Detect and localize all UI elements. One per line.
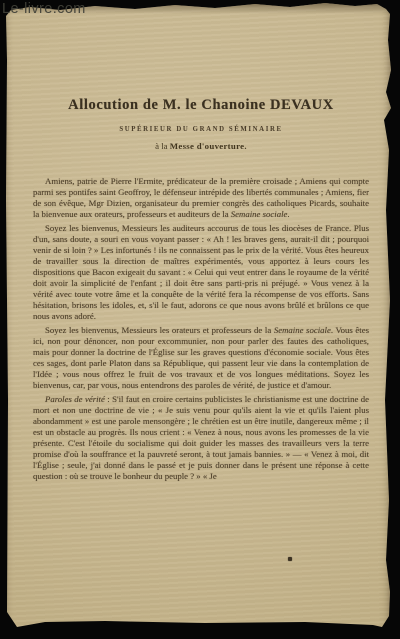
page-title: Allocution de M. le Chanoine DEVAUX — [33, 97, 369, 114]
paragraph-1-italic: Semaine sociale — [231, 209, 288, 219]
paragraph-3-italic: Semaine sociale — [274, 325, 331, 335]
occasion-prefix: à la — [155, 141, 170, 151]
body-text: Amiens, patrie de Pierre l'Ermite, prédi… — [33, 176, 369, 482]
paragraph-3: Soyez les bienvenus, Messieurs les orate… — [33, 325, 369, 391]
paragraph-1-tail: . — [287, 209, 289, 219]
watermark-text: Le-livre.com — [2, 1, 86, 17]
paragraph-4: Paroles de vérité : S'il faut en croire … — [33, 394, 369, 482]
page-subtitle: SUPÉRIEUR DU GRAND SÉMINAIRE — [33, 126, 369, 133]
paragraph-2: Soyez les bienvenus, Messieurs les audit… — [33, 223, 369, 322]
occasion-bold: Messe d'ouverture. — [170, 141, 247, 151]
paragraph-4-italic-lead: Paroles de vérité — [45, 394, 105, 404]
paragraph-1-text: Amiens, patrie de Pierre l'Ermite, prédi… — [33, 176, 369, 219]
paragraph-1: Amiens, patrie de Pierre l'Ermite, prédi… — [33, 176, 369, 220]
paragraph-4-text: : S'il faut en croire certains publicist… — [33, 394, 369, 481]
document-page: Allocution de M. le Chanoine DEVAUX SUPÉ… — [5, 0, 393, 632]
paragraph-3-text-a: Soyez les bienvenus, Messieurs les orate… — [45, 325, 274, 335]
scan-background: Le-livre.com Allocution de M. le Chanoin… — [0, 0, 400, 639]
page-content: Allocution de M. le Chanoine DEVAUX SUPÉ… — [5, 0, 393, 482]
page-occasion: à la Messe d'ouverture. — [33, 141, 369, 151]
printer-mark-dot — [288, 557, 292, 561]
paragraph-2-text: Soyez les bienvenus, Messieurs les audit… — [33, 223, 369, 321]
